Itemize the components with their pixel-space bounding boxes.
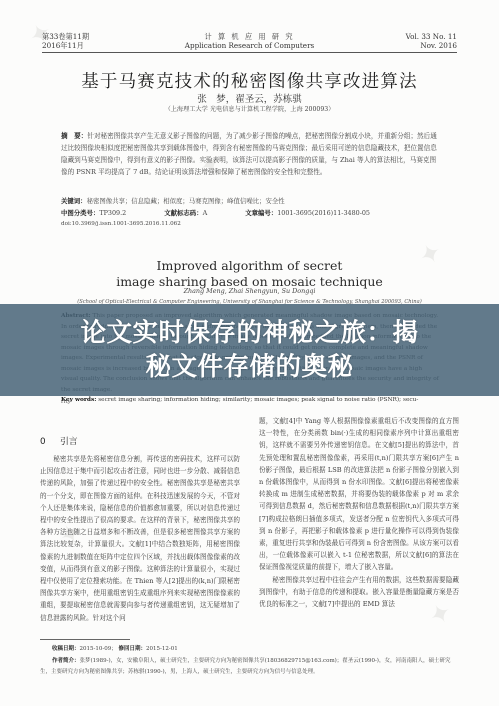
header-volume-en: Vol. 33 No. 11 xyxy=(406,32,457,41)
paragraph: 秘密共享是先将秘密信息分割，再传送的密码技术，这样可以防止因信息过于集中而引起攻… xyxy=(40,453,240,624)
keywords-cn-label: 关键词： xyxy=(61,197,87,205)
classification-row: 中图分类号：TP309.2 文献标志码：A 文章编号：1001-3695(201… xyxy=(61,208,441,217)
received-value: 2015-10-09 xyxy=(80,646,112,652)
bio-text: 张梦(1989-)，女，安徽阜阳人，硕士研究生，主要研究方向为秘密图像共享(18… xyxy=(40,658,450,675)
revised-label: 修回日期： xyxy=(118,646,146,652)
journal-name-cn: 计 算 机 应 用 研 究 xyxy=(42,32,457,41)
header-date-en: Nov. 2016 xyxy=(406,41,457,50)
authors-cn: 张 梦，翟圣云，苏栋骐 xyxy=(0,91,499,105)
headline-line1: 论文实时保存的神秘之旅：揭 xyxy=(0,316,499,350)
headline-overlay-title: 论文实时保存的神秘之旅：揭 秘文件存储的奥秘 xyxy=(0,316,499,384)
doc-code-value: A xyxy=(203,209,208,217)
section-title: 引言 xyxy=(60,437,78,447)
article-no-value: 1001-3695(2016)11-3480-05 xyxy=(277,209,370,217)
header-volume: Vol. 33 No. 11 Nov. 2016 xyxy=(406,32,457,50)
footnote-dates: 收稿日期：2015-10-09； 修回日期：2015-12-01 xyxy=(40,644,459,655)
keywords-cn: 关键词：秘密图像共享；信息隐藏；相似度；马赛克图像；峰值信噪比；安全性 xyxy=(61,196,441,205)
section-number: 0 xyxy=(40,437,60,447)
paper-title-cn: 基于马赛克技术的秘密图像共享改进算法 xyxy=(0,68,499,93)
abstract-cn-text: 针对秘密图像共享产生无意义影子图像的问题，为了减少影子图像的噪点，把秘密图像分割… xyxy=(61,132,437,176)
doc-code-label: 文献标志码： xyxy=(164,209,202,217)
journal-name-en: Application Research of Computers xyxy=(42,41,457,50)
section-heading-introduction: 0引言 xyxy=(40,434,78,447)
paper-page: ✦ ✦ ✦ ✦ ✦ 第33卷第11期 2016年11月 计 算 机 应 用 研 … xyxy=(0,0,499,706)
paper-title-en: Improved algorithm of secret image shari… xyxy=(0,258,499,290)
received-label: 收稿日期： xyxy=(52,646,80,652)
article-no-label: 文章编号： xyxy=(245,209,277,217)
affiliation-cn: （上海理工大学 光电信息与计算机工程学院，上海 200093） xyxy=(0,104,499,113)
clc-label: 中图分类号： xyxy=(61,209,99,217)
abstract-cn-label: 摘 要： xyxy=(61,132,87,140)
title-en-line1: Improved algorithm of secret xyxy=(0,258,499,274)
clc-value: TP309.2 xyxy=(99,209,126,217)
body-column-right: 题，文献[4]中 Yang 等人根据图像像素重组后不改变图像的直方图这一特性，在… xyxy=(259,415,459,610)
header-journal: 计 算 机 应 用 研 究 Application Research of Co… xyxy=(42,32,457,50)
journal-header: 第33卷第11期 2016年11月 计 算 机 应 用 研 究 Applicat… xyxy=(42,30,457,53)
abstract-cn: 摘 要：针对秘密图像共享产生无意义影子图像的问题，为了减少影子图像的噪点，把秘密… xyxy=(61,130,441,178)
doi[interactable]: doi:10.3969/j.issn.1001-3695.2016.11.062 xyxy=(61,221,441,227)
footnote-bio: 作者简介：张梦(1989-)，女，安徽阜阳人，硕士研究生，主要研究方向为秘密图像… xyxy=(40,656,459,678)
footnote-divider xyxy=(40,639,130,640)
headline-line2: 秘文件存储的奥秘 xyxy=(0,350,499,384)
keywords-cn-text: 秘密图像共享；信息隐藏；相似度；马赛克图像；峰值信噪比；安全性 xyxy=(87,197,285,205)
authors-en: Zhang Meng, Zhai Shengyun, Su Dongqi xyxy=(0,287,499,295)
keywords-en-tail: rity xyxy=(61,399,71,405)
body-column-left: 秘密共享是先将秘密信息分割，再传送的密码技术，这样可以防止因信息过于集中而引起攻… xyxy=(40,453,240,624)
paragraph: 题，文献[4]中 Yang 等人根据图像像素重组后不改变图像的直方图这一特性，在… xyxy=(259,415,459,574)
revised-value: 2015-12-01 xyxy=(146,646,178,652)
paragraph: 秘密图像共享过程中往往会产生有用的数据，这些数据需要隐藏到图像中，有助于信息的传… xyxy=(259,574,459,611)
bio-label: 作者简介： xyxy=(52,658,80,664)
keywords-en-text: secret image sharing; information hiding… xyxy=(98,397,418,403)
